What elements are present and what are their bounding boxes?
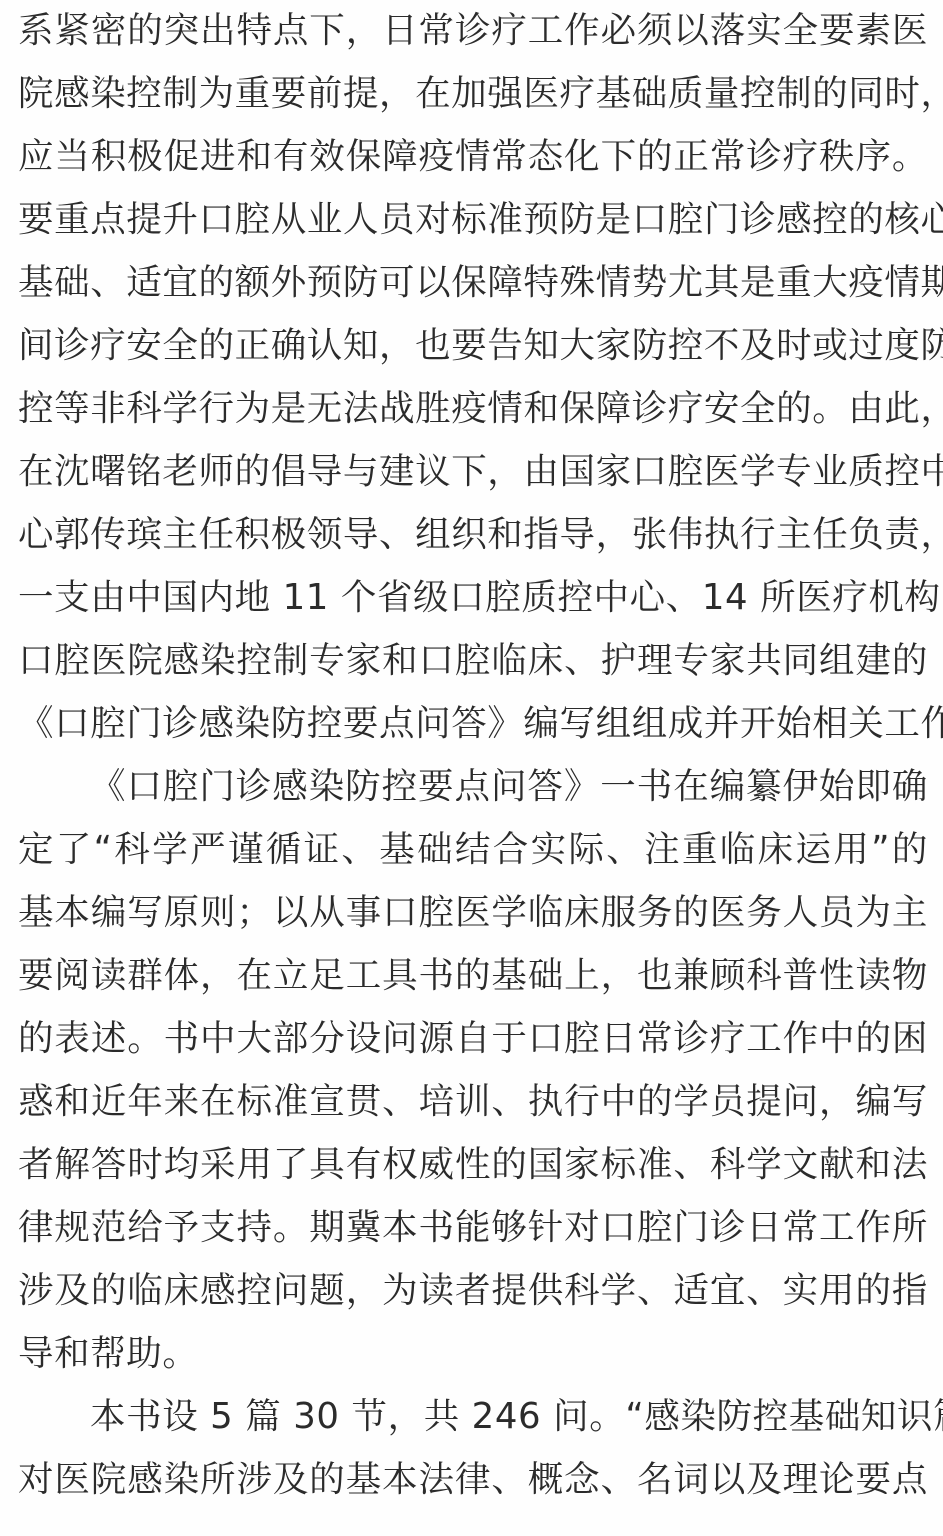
text-line: 基础、适宜的额外预防可以保障特殊情势尤其是重大疫情期 <box>18 261 928 305</box>
text-line: 《口腔门诊感染防控要点问答》编写组组成并开始相关工作。 <box>18 702 928 746</box>
text-line: 间诊疗安全的正确认知，也要告知大家防控不及时或过度防 <box>18 324 928 368</box>
text-line: 惑和近年来在标准宣贯、培训、执行中的学员提问，编写 <box>18 1080 928 1124</box>
text-line: 要重点提升口腔从业人员对标准预防是口腔门诊感控的核心 <box>18 198 928 242</box>
text-line: 定了“科学严谨循证、基础结合实际、注重临床运用”的 <box>18 828 928 872</box>
text-line: 《口腔门诊感染防控要点问答》一书在编纂伊始即确 <box>90 765 928 809</box>
text-line: 对医院感染所涉及的基本法律、概念、名词以及理论要点 <box>18 1458 928 1502</box>
text-line: 导和帮助。 <box>18 1332 928 1376</box>
text-line: 心郭传瑸主任积极领导、组织和指导，张伟执行主任负责， <box>18 513 928 557</box>
text-line: 口腔医院感染控制专家和口腔临床、护理专家共同组建的 <box>18 639 928 683</box>
text-line: 控等非科学行为是无法战胜疫情和保障诊疗安全的。由此， <box>18 387 928 431</box>
document-page: 系紧密的突出特点下，日常诊疗工作必须以落实全要素医 院感染控制为重要前提，在加强… <box>0 0 943 1536</box>
text-line: 本书设 5 篇 30 节，共 246 问。“感染防控基础知识篇” <box>90 1395 928 1439</box>
text-line: 一支由中国内地 11 个省级口腔质控中心、14 所医疗机构的 <box>18 576 928 620</box>
text-line: 应当积极促进和有效保障疫情常态化下的正常诊疗秩序。 <box>18 135 928 179</box>
text-line: 律规范给予支持。期冀本书能够针对口腔门诊日常工作所 <box>18 1206 928 1250</box>
text-line: 在沈曙铭老师的倡导与建议下，由国家口腔医学专业质控中 <box>18 450 928 494</box>
text-line: 院感染控制为重要前提，在加强医疗基础质量控制的同时， <box>18 72 928 116</box>
text-line: 的表述。书中大部分设问源自于口腔日常诊疗工作中的困 <box>18 1017 928 1061</box>
text-line: 涉及的临床感控问题，为读者提供科学、适宜、实用的指 <box>18 1269 928 1313</box>
text-line: 要阅读群体，在立足工具书的基础上，也兼顾科普性读物 <box>18 954 928 998</box>
text-line: 基本编写原则；以从事口腔医学临床服务的医务人员为主 <box>18 891 928 935</box>
text-line: 系紧密的突出特点下，日常诊疗工作必须以落实全要素医 <box>18 9 928 53</box>
text-line: 者解答时均采用了具有权威性的国家标准、科学文献和法 <box>18 1143 928 1187</box>
